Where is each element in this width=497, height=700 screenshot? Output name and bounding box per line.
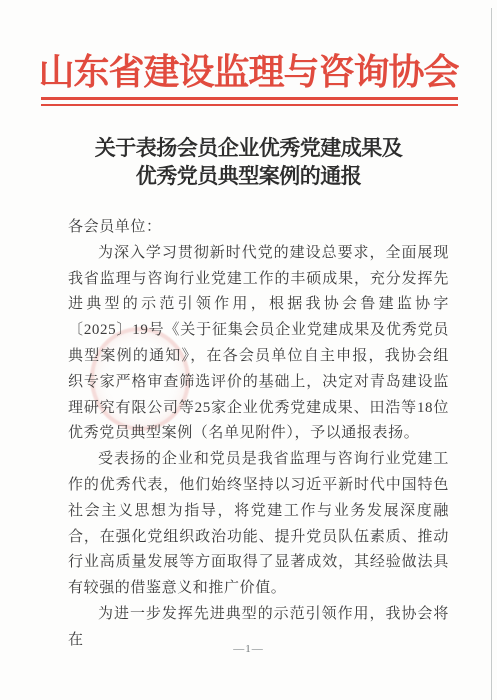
paragraph-3: 为进一步发挥先进典型的示范引领作用，我协会将在 bbox=[68, 602, 449, 654]
document-title: 关于表扬会员企业优秀党建成果及 优秀党员典型案例的通报 bbox=[0, 134, 497, 190]
document-title-line2: 优秀党员典型案例的通报 bbox=[0, 162, 497, 190]
red-double-rule-divider bbox=[41, 97, 458, 106]
scan-edge-line bbox=[491, 8, 492, 700]
document-title-line1: 关于表扬会员企业优秀党建成果及 bbox=[0, 134, 497, 162]
scanned-document-page: 山东省建设监理与咨询协会 关于表扬会员企业优秀党建成果及 优秀党员典型案例的通报… bbox=[0, 0, 497, 700]
salutation: 各会员单位： bbox=[68, 215, 449, 241]
paragraph-2: 受表扬的企业和党员是我省监理与咨询行业党建工作的优秀代表，他们始终坚持以习近平新… bbox=[68, 447, 449, 602]
paragraph-1: 为深入学习贯彻新时代党的建设总要求，全面展现我省监理与咨询行业党建工作的丰硕成果… bbox=[68, 241, 449, 447]
letterhead-org-name: 山东省建设监理与咨询协会 bbox=[0, 44, 497, 95]
document-body: 各会员单位： 为深入学习贯彻新时代党的建设总要求，全面展现我省监理与咨询行业党建… bbox=[68, 215, 449, 654]
